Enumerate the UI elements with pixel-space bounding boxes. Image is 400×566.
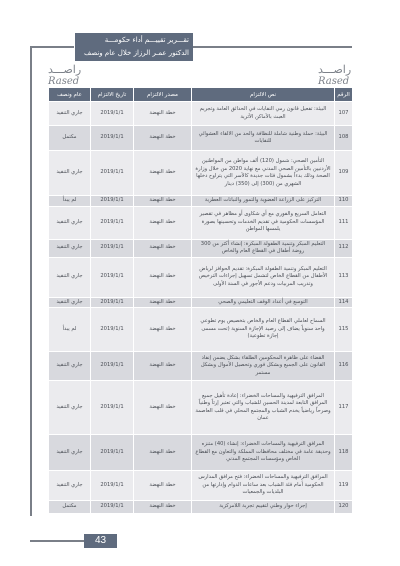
table-row: 111 التعامل السريع والفوري مع أي شكاوى أ… [49, 206, 353, 239]
table-row: 109 التأمين الصحي: شمول (120) ألف مواطن … [49, 151, 353, 196]
table-row: 113 التعليم المبكر وتنمية الطفولة المبكر… [49, 257, 353, 297]
cell-source: خطة النهضة [134, 196, 192, 207]
cell-text: المرافق الترفيهية والمساحات الخضراء: إنش… [192, 435, 335, 471]
cell-status: مكتمل [49, 501, 91, 514]
cell-number: 116 [335, 352, 353, 381]
cell-status: جاري التنفيذ [49, 151, 91, 196]
page-number: 43 [84, 534, 117, 548]
frame-line-left [30, 46, 32, 516]
cell-source: خطة النهضة [134, 239, 192, 257]
commitments-table: الرقم نص الالتزام مصدر الالتزام تاريخ ال… [48, 87, 353, 514]
cell-source: خطة النهضة [134, 471, 192, 501]
cell-number: 120 [335, 501, 353, 514]
cell-date: 2019/1/1 [91, 196, 134, 207]
cell-status: جاري التنفيذ [49, 257, 91, 297]
cell-source: خطة النهضة [134, 297, 192, 308]
cell-text: المرافق الترفيهية والمساحات الخضراء: إعا… [192, 381, 335, 435]
cell-status: جاري التنفيذ [49, 206, 91, 239]
brand-arabic: راصـــد [48, 64, 81, 76]
header-number: الرقم [335, 88, 353, 102]
cell-status: جاري التنفيذ [49, 471, 91, 501]
cell-status: جاري التنفيذ [49, 352, 91, 381]
cell-source: خطة النهضة [134, 381, 192, 435]
cell-text: التعامل السريع والفوري مع أي شكاوى أو مظ… [192, 206, 335, 239]
cell-date: 2019/1/1 [91, 381, 134, 435]
cell-status: لم يبدأ [49, 308, 91, 352]
table-row: 116 القضاء على ظاهرة المحكومين الطلقاء ب… [49, 352, 353, 381]
cell-text: البيئة: حملة وطنية شاملة للنظافة والحد م… [192, 126, 335, 151]
cell-number: 107 [335, 102, 353, 126]
cell-date: 2019/1/1 [91, 501, 134, 514]
table-row: 108 البيئة: حملة وطنية شاملة للنظافة وال… [49, 126, 353, 151]
header-status: عام ونصف [49, 88, 91, 102]
cell-source: خطة النهضة [134, 151, 192, 196]
cell-date: 2019/1/1 [91, 308, 134, 352]
cell-source: خطة النهضة [134, 352, 192, 381]
cell-number: 109 [335, 151, 353, 196]
cell-date: 2019/1/1 [91, 435, 134, 471]
frame-line-top-right [193, 46, 352, 48]
cell-source: خطة النهضة [134, 308, 192, 352]
table-row: 118 المرافق الترفيهية والمساحات الخضراء:… [49, 435, 353, 471]
cell-number: 117 [335, 381, 353, 435]
cell-source: خطة النهضة [134, 435, 192, 471]
cell-text: التركيز على الزراعة العضوية والتمور والن… [192, 196, 335, 207]
table-row: 120 إجراء حوار وطني لتقييم تجربة اللامرك… [49, 501, 353, 514]
cell-number: 119 [335, 471, 353, 501]
cell-text: السماح لعاملي القطاع العام والخاص بتخصيص… [192, 308, 335, 352]
cell-date: 2019/1/1 [91, 239, 134, 257]
table-row: 114 التوسع في أعداد الوقف التعليمي والصح… [49, 297, 353, 308]
cell-source: خطة النهضة [134, 206, 192, 239]
cell-number: 110 [335, 196, 353, 207]
cell-date: 2019/1/1 [91, 151, 134, 196]
cell-text: إجراء حوار وطني لتقييم تجربة اللامركزية [192, 501, 335, 514]
report-title-line1: تقـــرير تقييـــم أداء حكومـــة [79, 33, 189, 47]
header-date: تاريخ الالتزام [91, 88, 134, 102]
brand-logo-left: راصـــد Rased [48, 64, 81, 87]
header-text: نص الالتزام [192, 88, 335, 102]
cell-date: 2019/1/1 [91, 102, 134, 126]
cell-text: التوسع في أعداد الوقف التعليمي والصحي [192, 297, 335, 308]
cell-status: جاري التنفيذ [49, 102, 91, 126]
table-row: 115 السماح لعاملي القطاع العام والخاص بت… [49, 308, 353, 352]
table-row: 119 المرافق الترفيهية والمساحات الخضراء:… [49, 471, 353, 501]
cell-source: خطة النهضة [134, 501, 192, 514]
report-title-box: تقـــرير تقييـــم أداء حكومـــة الدكتور … [75, 33, 193, 61]
cell-number: 114 [335, 297, 353, 308]
cell-status: جاري التنفيذ [49, 297, 91, 308]
cell-number: 112 [335, 239, 353, 257]
cell-text: القضاء على ظاهرة المحكومين الطلقاء بشكل … [192, 352, 335, 381]
brand-arabic: راصـــد [318, 64, 351, 76]
cell-source: خطة النهضة [134, 257, 192, 297]
header-source: مصدر الالتزام [134, 88, 192, 102]
cell-status: لم يبدأ [49, 196, 91, 207]
cell-date: 2019/1/1 [91, 206, 134, 239]
cell-text: التأمين الصحي: شمول (120) ألف مواطن من ا… [192, 151, 335, 196]
cell-date: 2019/1/1 [91, 352, 134, 381]
cell-date: 2019/1/1 [91, 257, 134, 297]
table-row: 110 التركيز على الزراعة العضوية والتمور … [49, 196, 353, 207]
cell-number: 118 [335, 435, 353, 471]
cell-status: جاري التنفيذ [49, 435, 91, 471]
cell-date: 2019/1/1 [91, 297, 134, 308]
brand-logo-right: راصـــد Rased [318, 64, 351, 87]
brand-english: Rased [318, 76, 351, 87]
frame-line-top-left [30, 46, 74, 48]
brand-english: Rased [48, 76, 81, 87]
cell-status: مكتمل [49, 126, 91, 151]
table-row: 112 التعليم المبكر وتنمية الطفولة المبكر… [49, 239, 353, 257]
frame-line-bottom [30, 540, 84, 542]
table-header-row: الرقم نص الالتزام مصدر الالتزام تاريخ ال… [49, 88, 353, 102]
cell-text: المرافق الترفيهية والمساحات الخضراء: فتح… [192, 471, 335, 501]
cell-text: التعليم المبكر وتنمية الطفولة المبكرة: إ… [192, 239, 335, 257]
cell-text: التعليم المبكر وتنمية الطفولة المبكرة: ت… [192, 257, 335, 297]
cell-status: جاري التنفيذ [49, 239, 91, 257]
report-title-line2: الدكتور عمـر الرزاز خلال عام ونصف [79, 47, 189, 59]
cell-source: خطة النهضة [134, 126, 192, 151]
cell-status: جاري التنفيذ [49, 381, 91, 435]
cell-number: 113 [335, 257, 353, 297]
cell-number: 108 [335, 126, 353, 151]
table-row: 117 المرافق الترفيهية والمساحات الخضراء:… [49, 381, 353, 435]
cell-number: 111 [335, 206, 353, 239]
cell-text: البيئة: تفعيل قانون رمي النفايات في الحد… [192, 102, 335, 126]
table-row: 107 البيئة: تفعيل قانون رمي النفايات في … [49, 102, 353, 126]
cell-source: خطة النهضة [134, 102, 192, 126]
cell-date: 2019/1/1 [91, 126, 134, 151]
cell-number: 115 [335, 308, 353, 352]
cell-date: 2019/1/1 [91, 471, 134, 501]
